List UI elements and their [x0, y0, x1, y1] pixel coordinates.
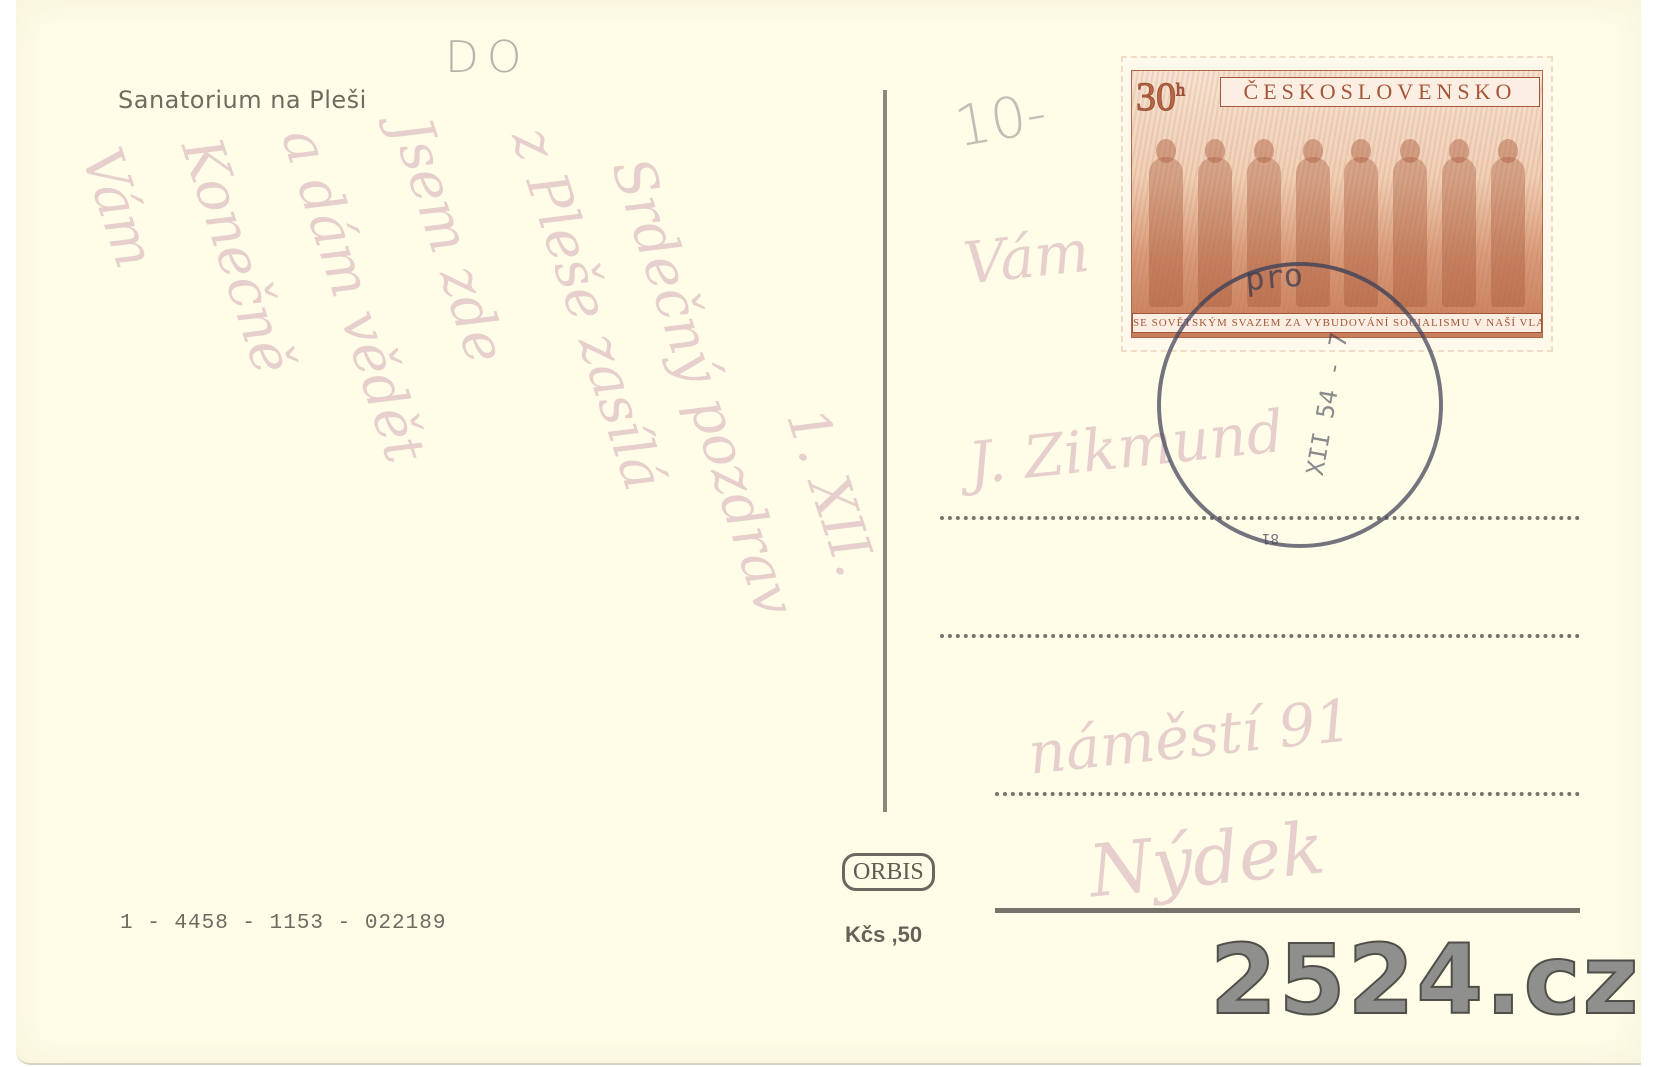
postmark-number: 81	[1262, 530, 1279, 546]
address-handwriting: Vám	[960, 217, 1093, 298]
serial-number: 1 - 4458 - 1153 - 022189	[120, 912, 446, 935]
figure-icon	[1442, 157, 1476, 307]
postmark-circle	[1157, 262, 1443, 548]
printed-price: Kčs ,50	[845, 922, 922, 948]
publisher-logo: ORBIS	[842, 853, 935, 891]
stamp-value: 30h	[1136, 73, 1185, 120]
stamp-country: ČESKOSLOVENSKO	[1220, 77, 1540, 107]
figure-icon	[1393, 157, 1427, 307]
watermark: 2524.cz	[1210, 924, 1640, 1036]
address-line-3	[995, 792, 1580, 796]
pencil-code-note: DO	[445, 32, 530, 83]
vertical-divider	[883, 90, 887, 812]
postcard-title: Sanatorium na Pleši	[118, 86, 367, 114]
figure-icon	[1491, 157, 1525, 307]
postmark-town-text: pro	[1243, 256, 1304, 299]
figure-icon	[1149, 157, 1183, 307]
address-line-2	[940, 634, 1580, 638]
address-line-4	[995, 908, 1580, 913]
